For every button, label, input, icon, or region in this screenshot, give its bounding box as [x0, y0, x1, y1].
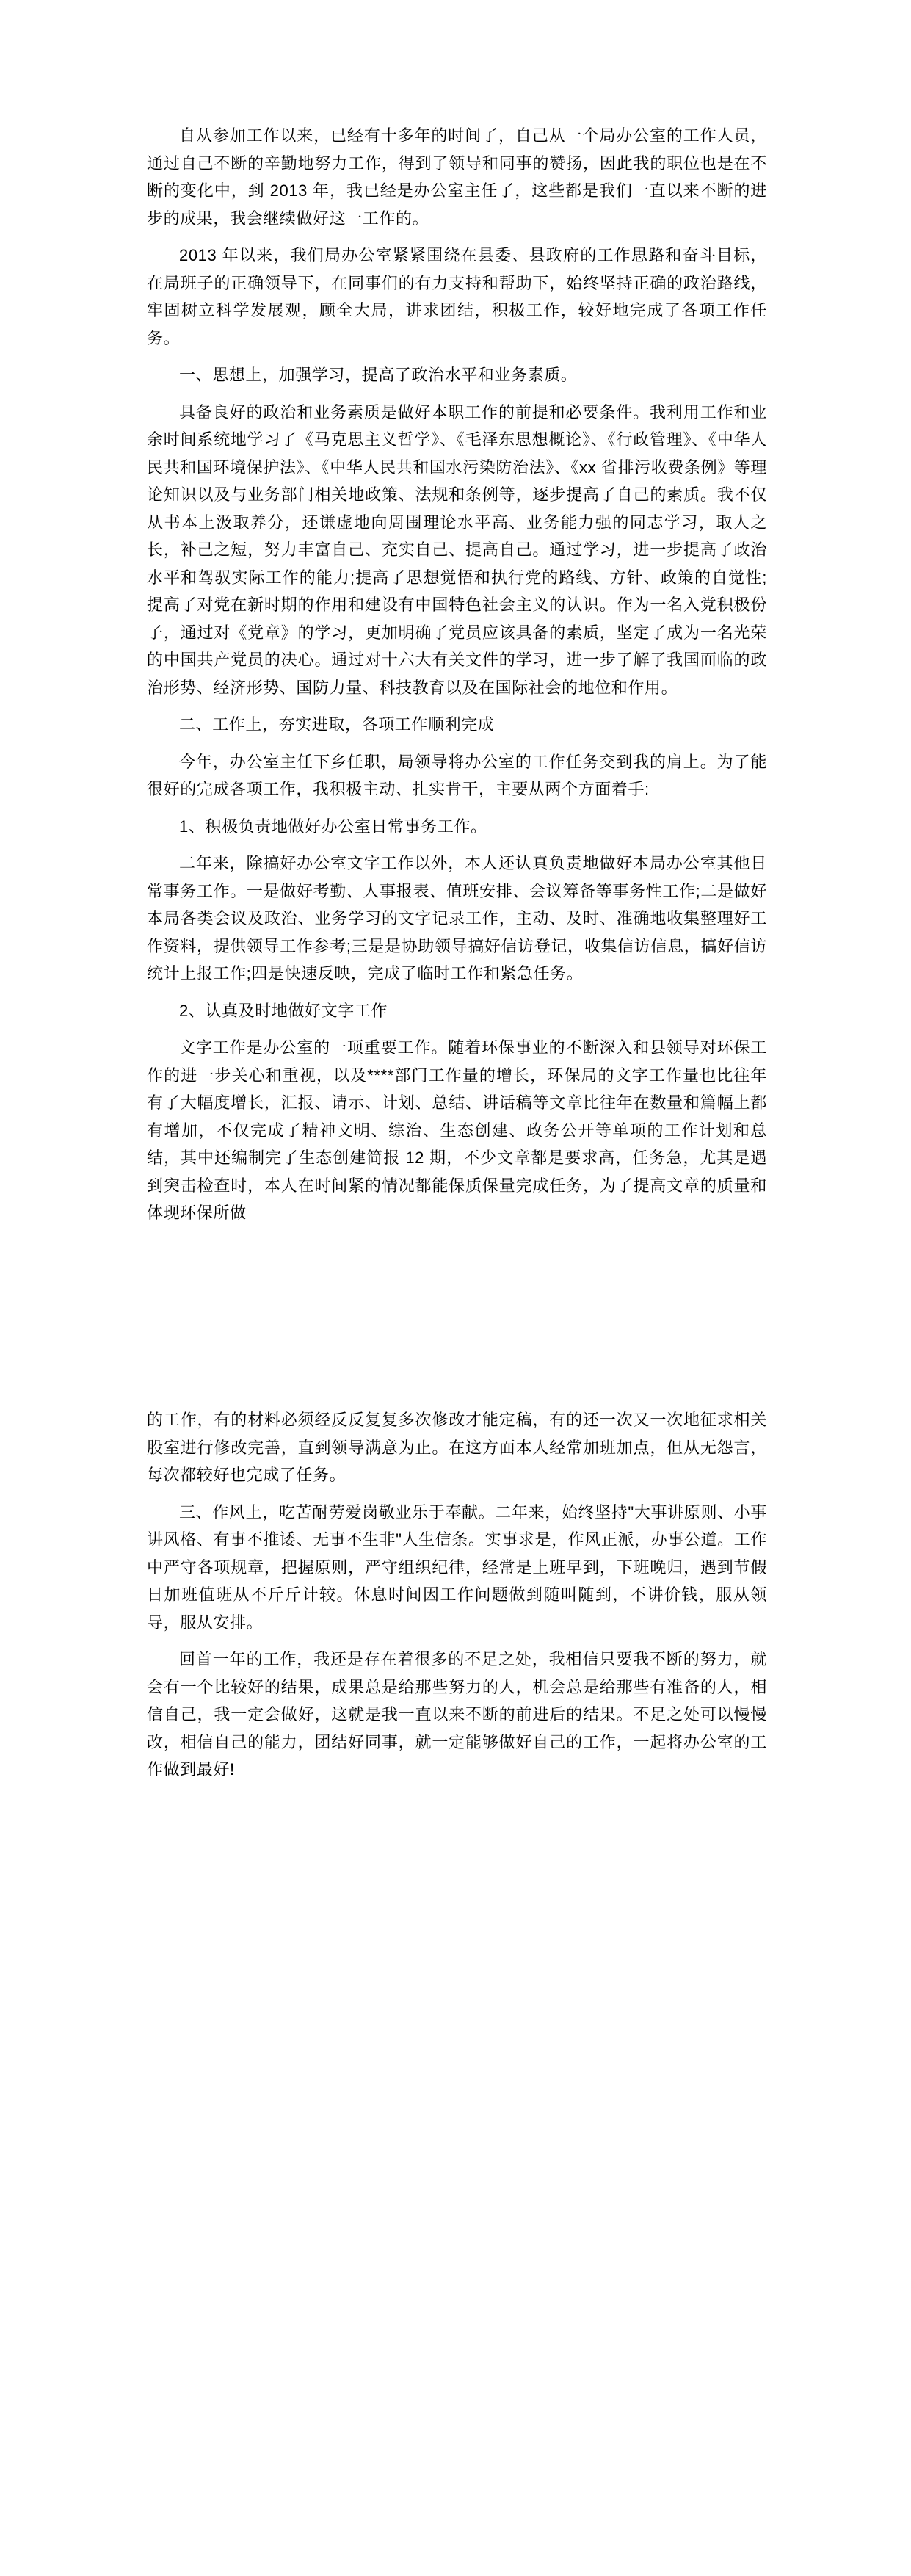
paragraph-work-style: 三、作风上，吃苦耐劳爱岗敬业乐于奉献。二年来，始终坚持"大事讲原则、小事讲风格、…: [147, 1499, 767, 1637]
page-2-text-area: 的工作，有的材料必须经反反复复多次修改才能定稿，有的还一次又一次地征求相关股室进…: [147, 1406, 767, 1793]
paragraph-intro: 自从参加工作以来，已经有十多年的时间了，自己从一个局办公室的工作人员，通过自己不…: [147, 122, 767, 232]
paragraph-work-intro: 今年，办公室主任下乡任职，局领导将办公室的工作任务交到我的肩上。为了能很好的完成…: [147, 748, 767, 803]
document-page-1: 自从参加工作以来，已经有十多年的时间了，自己从一个局办公室的工作人员，通过自己不…: [0, 0, 911, 1288]
heading-section-2: 二、工作上，夯实进取，各项工作顺利完成: [147, 711, 767, 739]
heading-item-1: 1、积极负责地做好办公室日常事务工作。: [147, 813, 767, 841]
paragraph-conclusion: 回首一年的工作，我还是存在着很多的不足之处，我相信只要我不断的努力，就会有一个比…: [147, 1646, 767, 1784]
heading-section-1: 一、思想上，加强学习，提高了政治水平和业务素质。: [147, 361, 767, 389]
document-canvas: 自从参加工作以来，已经有十多年的时间了，自己从一个局办公室的工作人员，通过自己不…: [0, 0, 911, 2576]
paragraph-daily-affairs: 二年来，除搞好办公室文字工作以外，本人还认真负责地做好本局办公室其他日常事务工作…: [147, 850, 767, 988]
heading-item-2: 2、认真及时地做好文字工作: [147, 997, 767, 1025]
page-1-text-area: 自从参加工作以来，已经有十多年的时间了，自己从一个局办公室的工作人员，通过自己不…: [147, 122, 767, 1237]
paragraph-writing-work-continued: 的工作，有的材料必须经反反复复多次修改才能定稿，有的还一次又一次地征求相关股室进…: [147, 1406, 767, 1489]
paragraph-study: 具备良好的政治和业务素质是做好本职工作的前提和必要条件。我利用工作和业余时间系统…: [147, 399, 767, 702]
document-page-2: 的工作，有的材料必须经反反复复多次修改才能定稿，有的还一次又一次地征求相关股室进…: [0, 1288, 911, 2576]
paragraph-writing-work: 文字工作是办公室的一项重要工作。随着环保事业的不断深入和县领导对环保工作的进一步…: [147, 1034, 767, 1227]
paragraph-overview-2013: 2013 年以来，我们局办公室紧紧围绕在县委、县政府的工作思路和奋斗目标，在局班…: [147, 242, 767, 352]
